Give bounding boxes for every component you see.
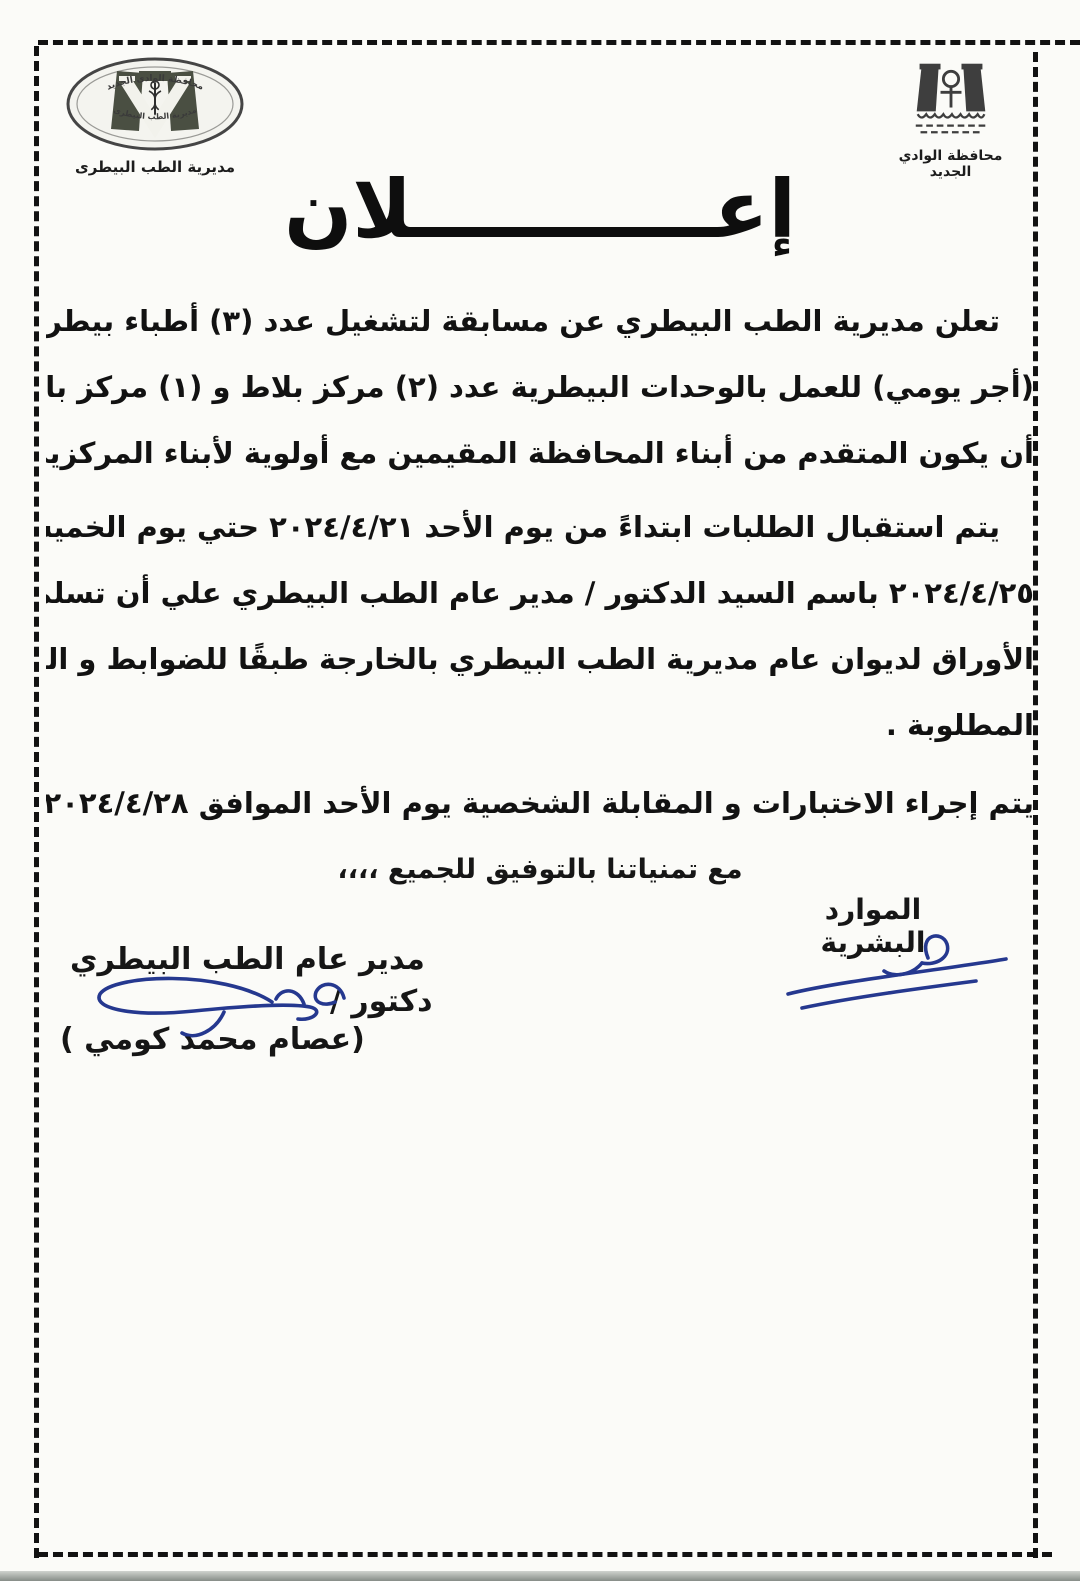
director-name-label: (عصام محمد كومي ) [60,1022,365,1057]
body-line: تعلن مديرية الطب البيطري عن مسابقة لتشغي… [46,288,1034,354]
paragraph-vacancy: تعلن مديرية الطب البيطري عن مسابقة لتشغي… [46,288,1034,486]
body-line: أن يكون المتقدم من أبناء المحافظة المقيم… [46,420,1034,486]
page-border-bottom [38,1552,1052,1557]
body-line: ٢٠٢٤/٤/٢٥ باسم السيد الدكتور / مدير عام … [46,560,1034,626]
body-line: (أجر يومي) للعمل بالوحدات البيطرية عدد (… [46,354,1034,420]
body-line: يتم إجراء الاختبارات و المقابلة الشخصية … [46,770,1034,836]
scanned-announcement-page: محافظة الوادى الجديد مديرية الطب البيطرى… [0,0,1080,1581]
hr-signature [770,926,1020,1021]
body-line: الأوراق لديوان عام مديرية الطب البيطري ب… [46,626,1034,692]
page-border-top [38,40,1080,45]
scan-edge-artifact [0,1571,1080,1581]
paragraph-interview-date: يتم إجراء الاختبارات و المقابلة الشخصية … [46,770,1034,836]
paragraph-application-dates: يتم استقبال الطلبات ابتداءً من يوم الأحد… [46,494,1034,758]
veterinary-emblem-icon: محافظة الوادى الجديد مديرية الطب البيطرى [64,56,246,152]
governorate-emblem-icon [912,58,990,138]
body-line: المطلوبة . [46,692,1034,758]
announcement-title: إعـــــــــــلان [0,150,1080,270]
closing-wishes: مع تمنياتنا بالتوفيق للجميع ،،،، [46,848,1034,892]
body-line: يتم استقبال الطلبات ابتداءً من يوم الأحد… [46,494,1034,560]
page-border-left [34,46,39,1558]
